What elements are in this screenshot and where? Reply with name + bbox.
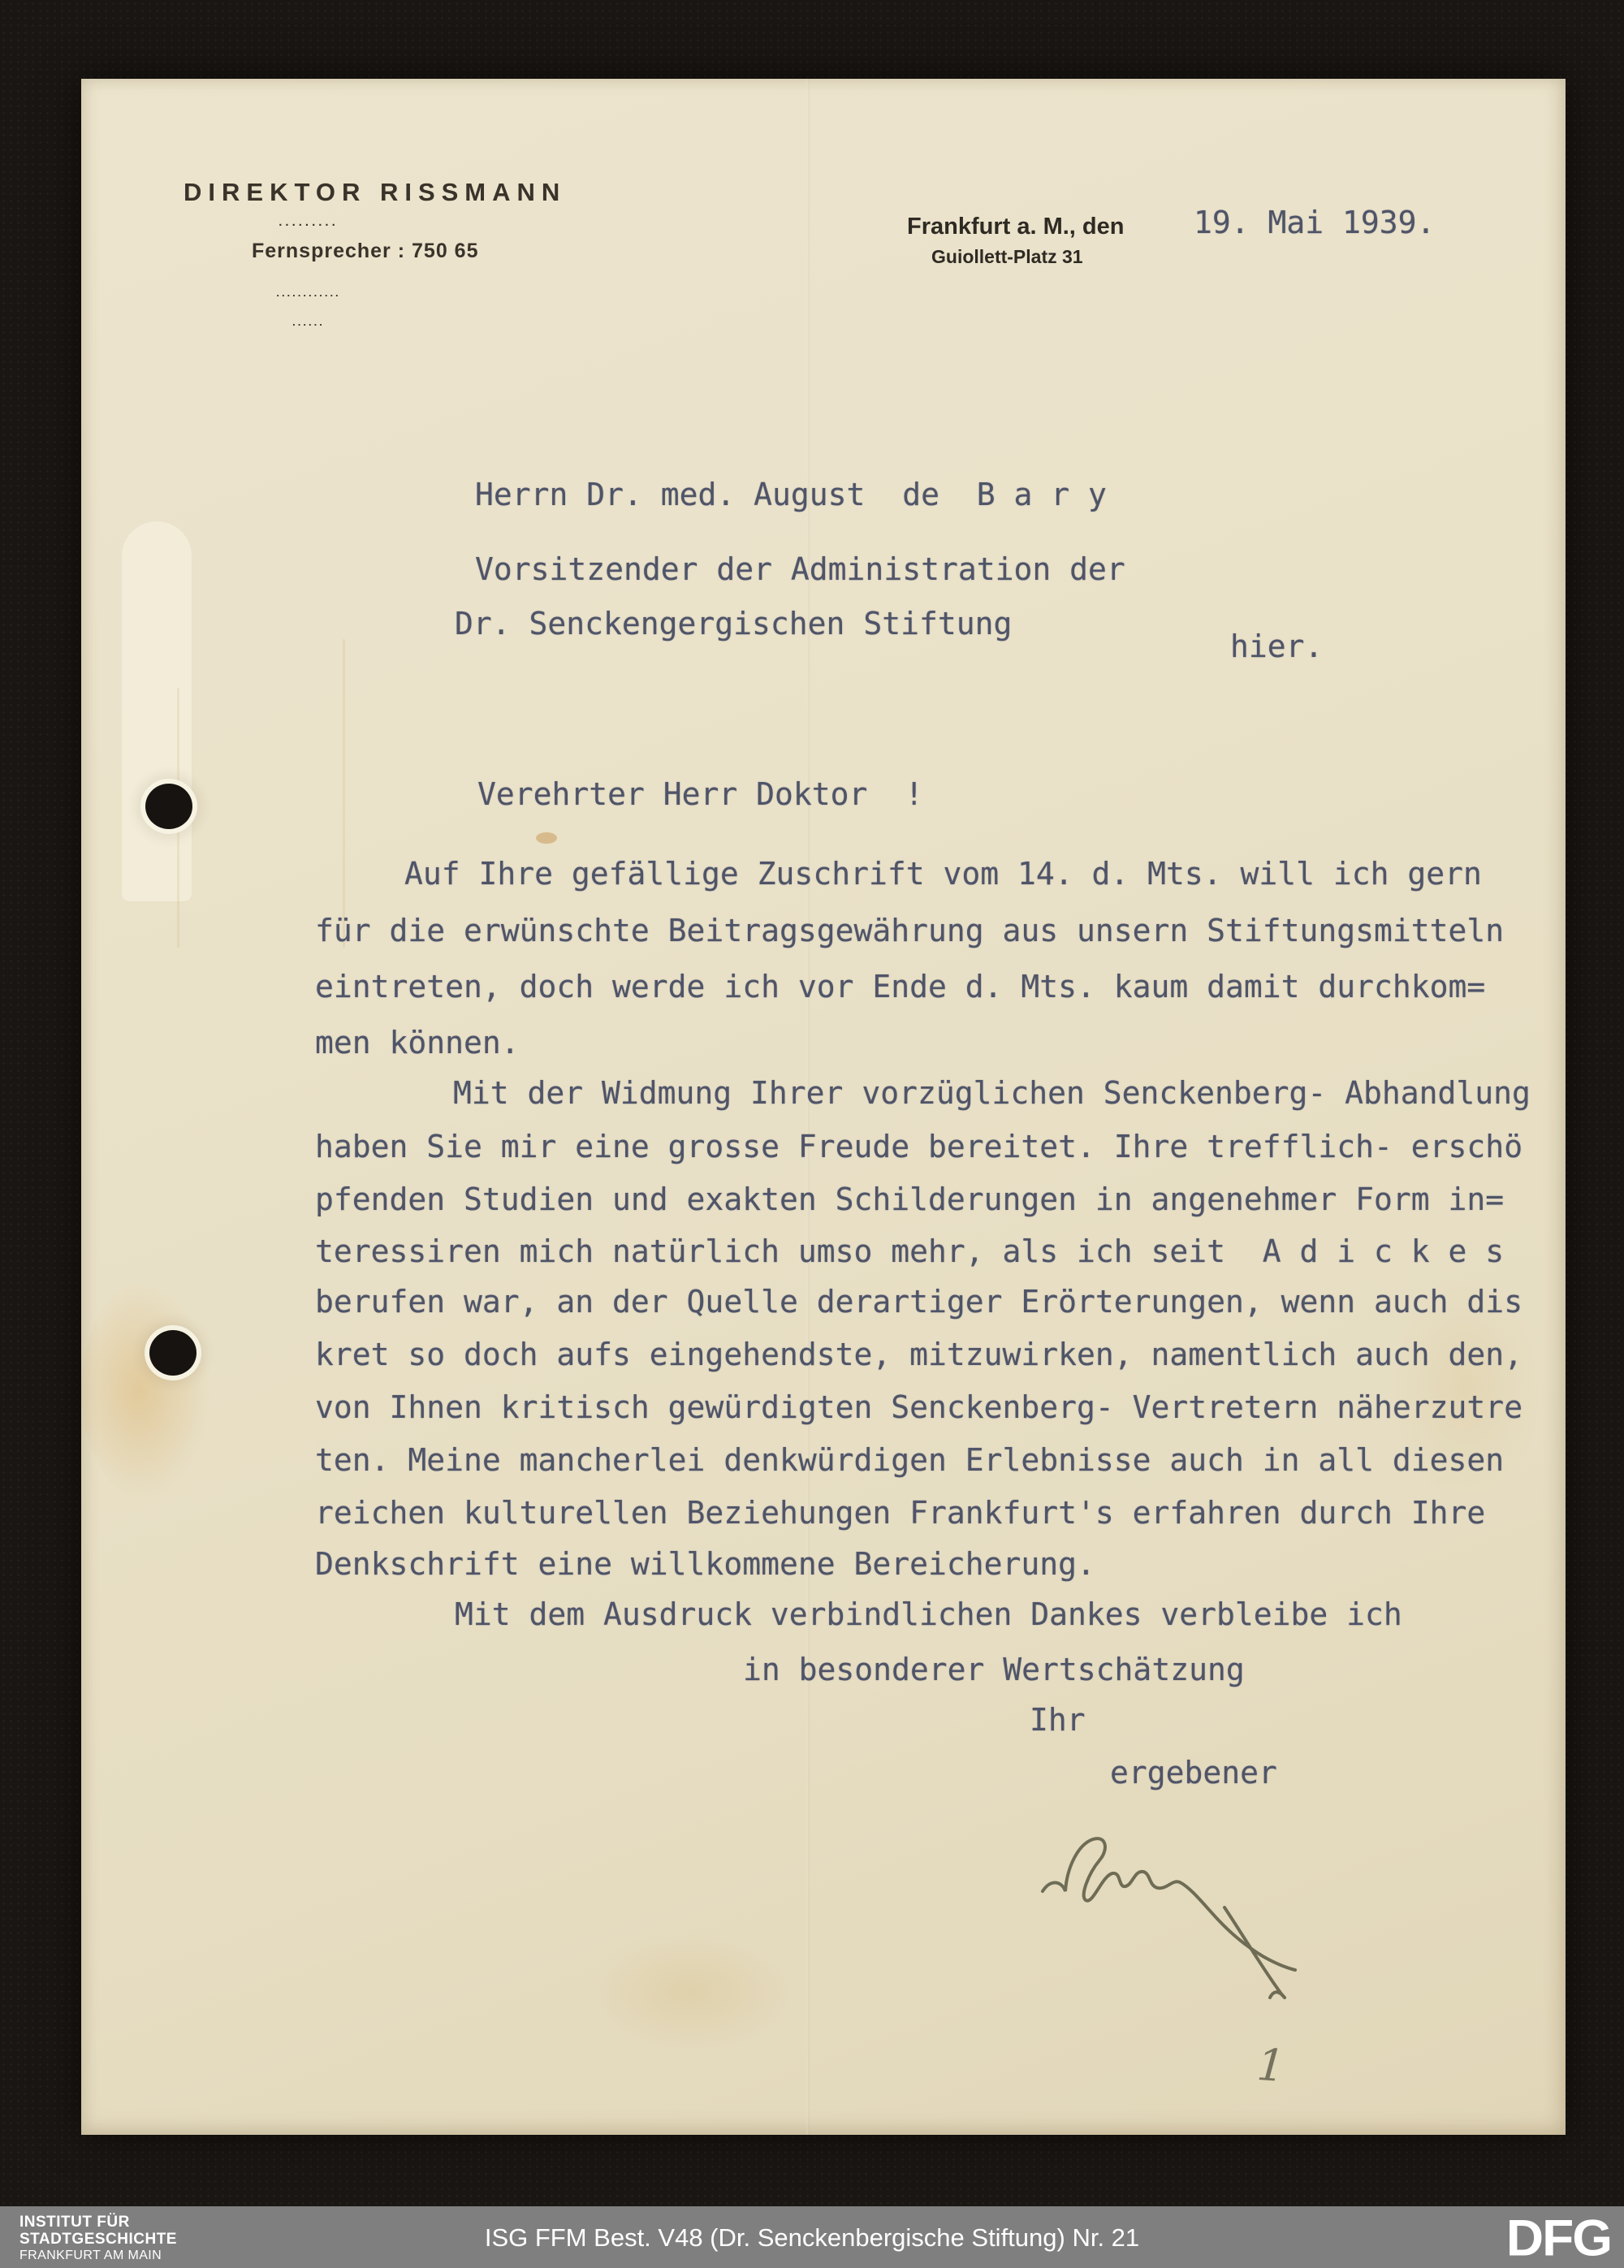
- letterhead-dots-row: ......: [227, 318, 390, 327]
- typed-line: von Ihnen kritisch gewürdigten Senckenbe…: [315, 1392, 1522, 1424]
- stain: [536, 832, 557, 844]
- typed-line: pfenden Studien und exakten Schilderunge…: [315, 1184, 1504, 1216]
- bleached-strip: [122, 521, 192, 901]
- pencil-page-number: 1: [1255, 2039, 1287, 2092]
- dfg-logo: DFG: [1506, 2209, 1611, 2268]
- typed-line: eintreten, doch werde ich vor Ende d. Mt…: [315, 971, 1485, 1004]
- typed-line: teressiren mich natürlich umso mehr, als…: [315, 1236, 1504, 1268]
- typed-line: Mit der Widmung Ihrer vorzüglichen Senck…: [453, 1078, 1531, 1110]
- typed-line: Denkschrift eine willkommene Bereicherun…: [315, 1549, 1095, 1581]
- recipient-place: hier.: [1230, 631, 1323, 663]
- letter-page: DIREKTOR RISSMANN ......... Fernsprecher…: [81, 79, 1566, 2135]
- letterhead-dots-row: ............: [227, 288, 390, 298]
- scan-background: DIREKTOR RISSMANN ......... Fernsprecher…: [0, 0, 1624, 2268]
- punch-hole: [145, 784, 192, 829]
- archive-footer-bar: INSTITUT FÜR STADTGESCHICHTE FRANKFURT A…: [0, 2206, 1624, 2268]
- stain: [585, 1930, 796, 2052]
- letterhead-dots: .........: [227, 215, 390, 229]
- typed-line: ten. Meine mancherlei denkwürdigen Erleb…: [315, 1445, 1504, 1477]
- recipient-line: Herrn Dr. med. August de B a r y: [475, 479, 1107, 512]
- letterhead-place-date-label: Frankfurt a. M., den: [907, 214, 1124, 240]
- salutation-line: Verehrter Herr Doktor !: [477, 779, 923, 811]
- archive-reference-caption: ISG FFM Best. V48 (Dr. Senckenbergische …: [0, 2223, 1624, 2253]
- closing-line: Mit dem Ausdruck verbindlichen Dankes ve…: [455, 1599, 1402, 1631]
- closing-line: in besonderer Wertschätzung: [743, 1654, 1245, 1687]
- recipient-line: Dr. Senckengergischen Stiftung: [455, 608, 1012, 641]
- typed-date: 19. Mai 1939.: [1194, 207, 1435, 240]
- stain: [81, 1281, 211, 1500]
- letterhead-director: DIREKTOR RISSMANN: [184, 178, 566, 207]
- typed-line: berufen war, an der Quelle derartiger Er…: [315, 1286, 1522, 1319]
- typed-line: men können.: [315, 1027, 520, 1060]
- letterhead-street: Guiollett-Platz 31: [931, 246, 1083, 268]
- typed-line: reichen kulturellen Beziehungen Frankfur…: [315, 1497, 1485, 1530]
- typed-line: kret so doch aufs eingehendste, mitzuwir…: [315, 1339, 1522, 1372]
- closing-line: ergebener: [1110, 1757, 1277, 1790]
- letterhead-dots: ............ ......: [227, 269, 390, 347]
- signature-handwriting: [1031, 1817, 1340, 2003]
- closing-line: Ihr: [1030, 1704, 1086, 1737]
- typed-line: für die erwünschte Beitragsgewährung aus…: [315, 915, 1504, 948]
- punch-hole: [149, 1330, 197, 1376]
- typed-line: haben Sie mir eine grosse Freude bereite…: [315, 1131, 1522, 1164]
- letterhead-phone: Fernsprecher : 750 65: [252, 240, 478, 263]
- recipient-line: Vorsitzender der Administration der: [475, 554, 1125, 586]
- stain-streak: [343, 639, 345, 948]
- typed-line: Auf Ihre gefällige Zuschrift vom 14. d. …: [404, 858, 1482, 891]
